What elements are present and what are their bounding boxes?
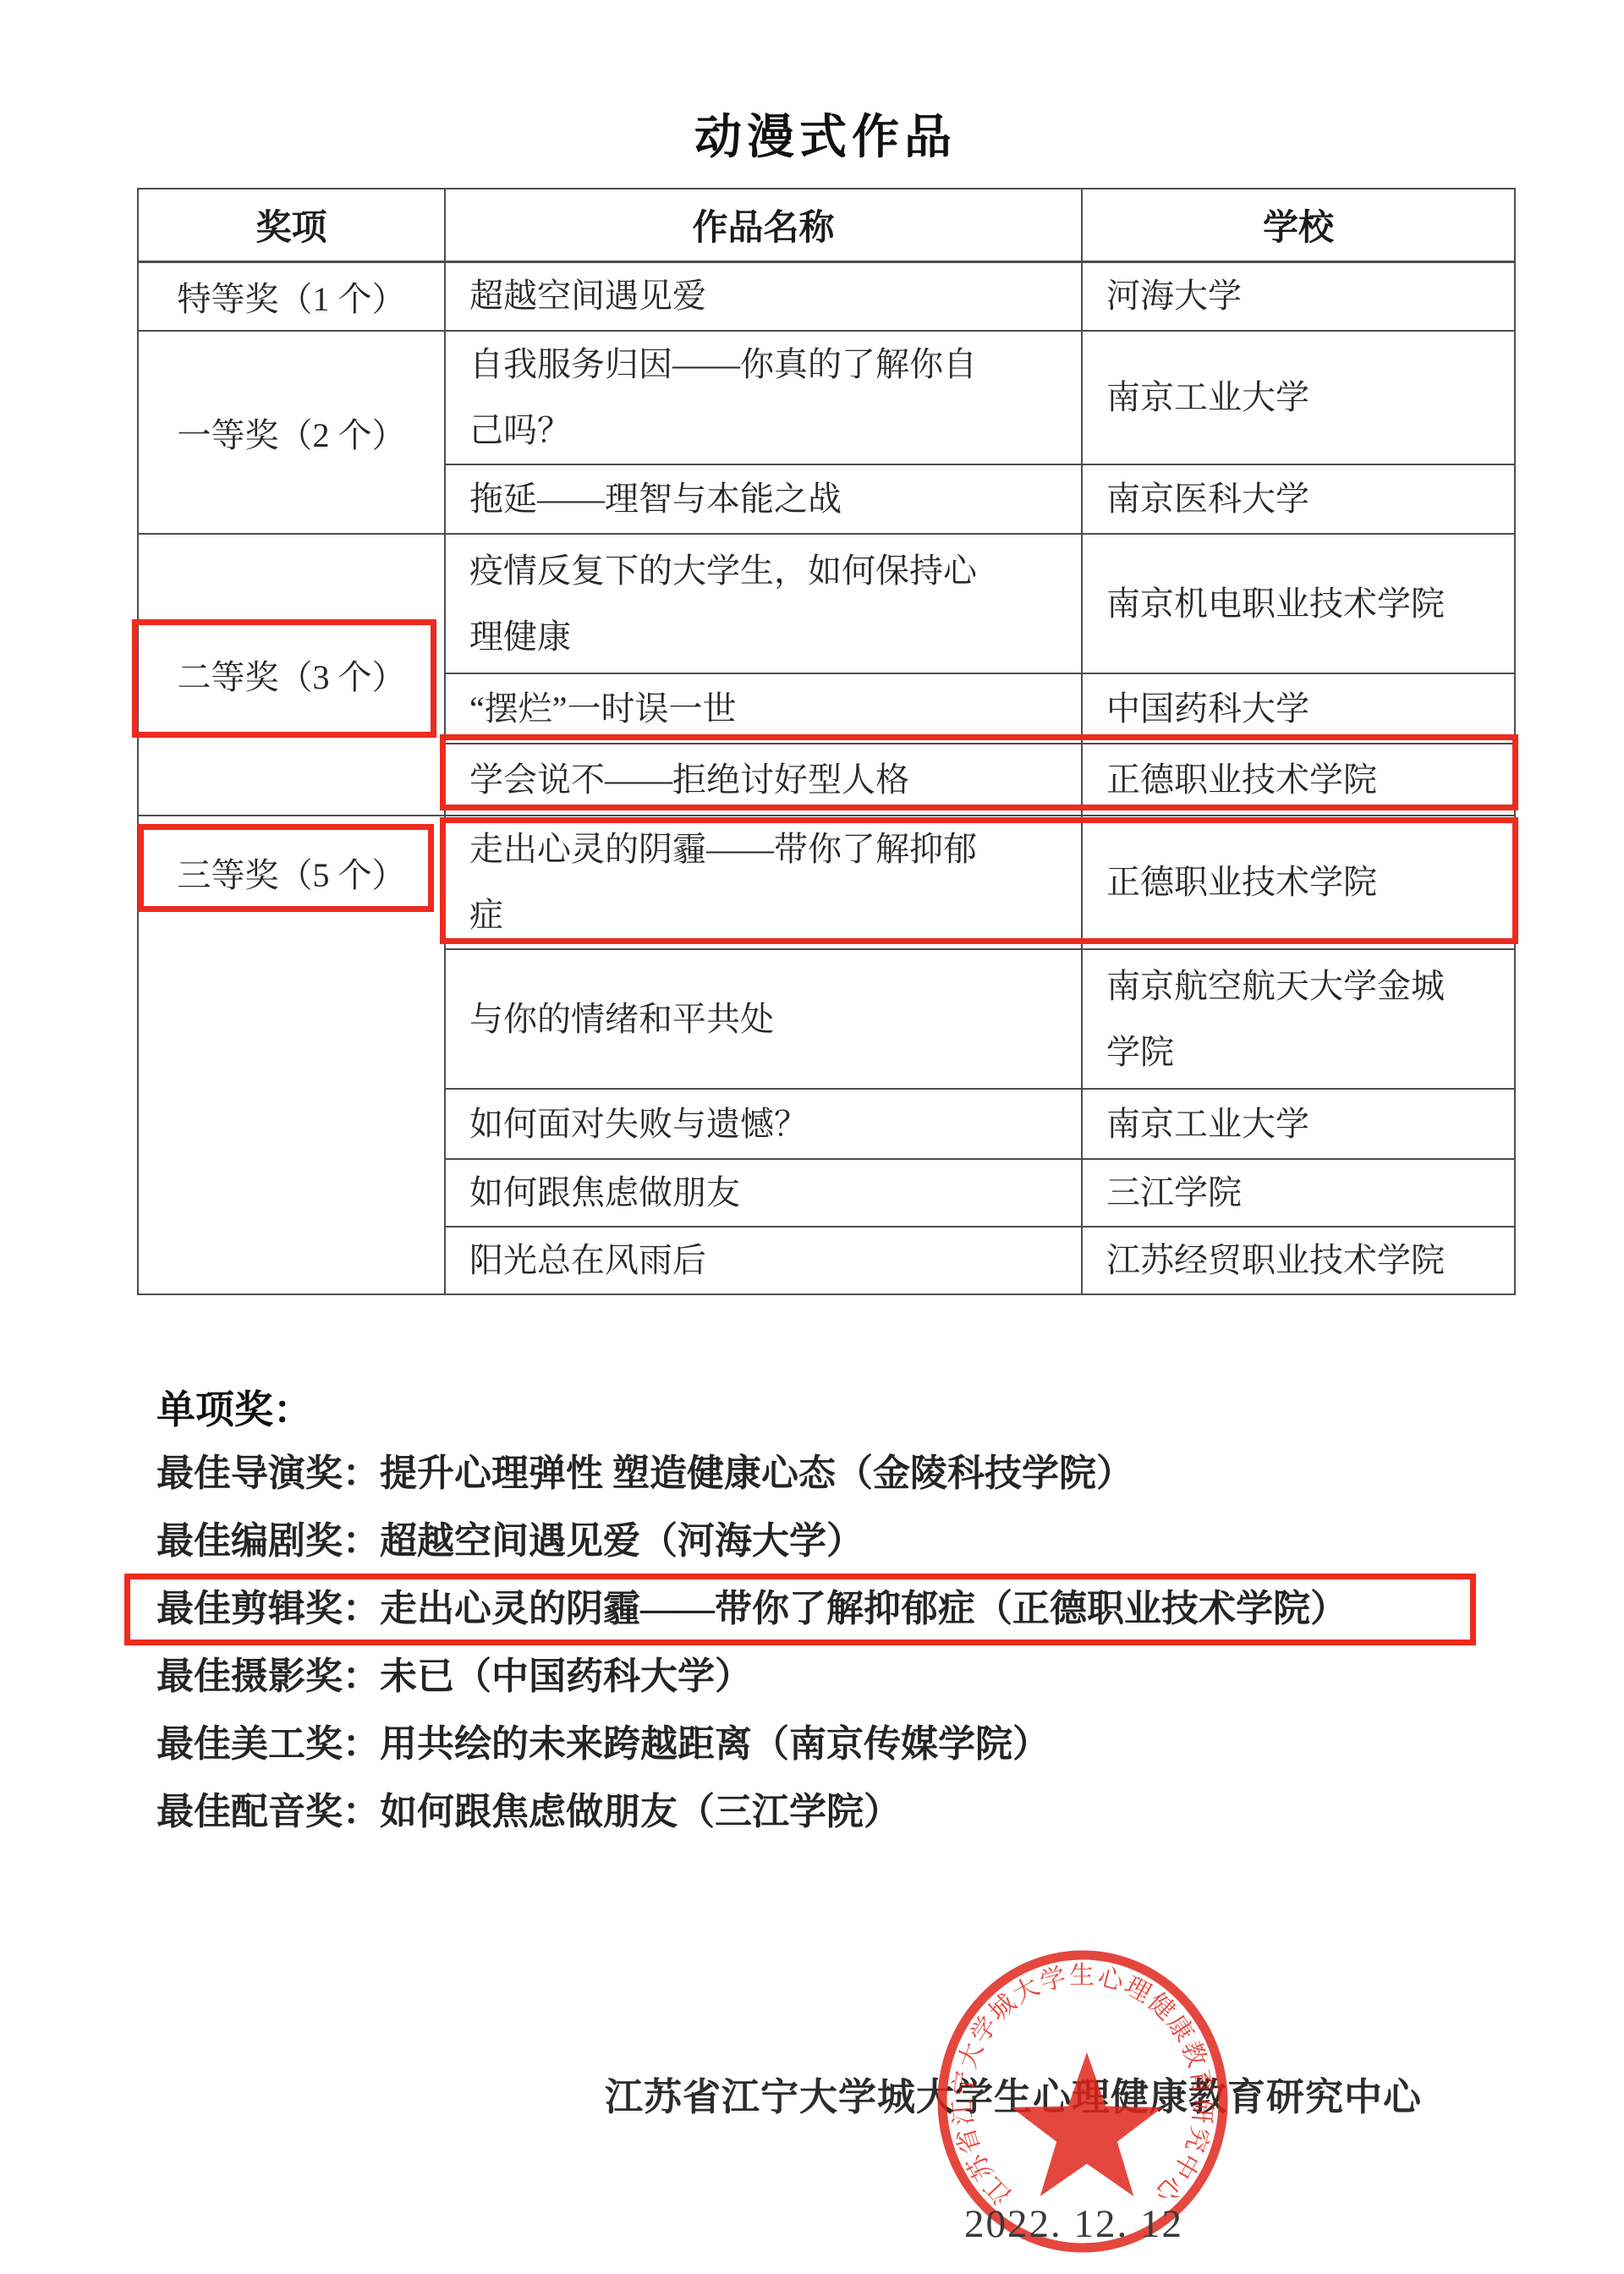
school-cell: 南京工业大学 (1082, 1089, 1515, 1159)
school-cell: 南京医科大学 (1082, 464, 1515, 534)
table-row: 三等奖（5 个） 走出心灵的阴霾——带你了解抑郁 症 正德职业技术学院 (138, 816, 1515, 949)
header-school: 学校 (1082, 189, 1515, 261)
special-award-line: 最佳美工奖：用共绘的未来跨越距离（南京传媒学院） (149, 1711, 1528, 1778)
school-cell: 正德职业技术学院 (1082, 744, 1515, 816)
special-award-text: 最佳导演奖：提升心理弹性 塑造健康心态（金陵科技学院） (156, 1453, 1133, 1494)
school-cell: 中国药科大学 (1082, 673, 1515, 744)
special-award-line: 最佳摄影奖：未已（中国药科大学） (149, 1643, 1528, 1711)
special-award-text: 最佳剪辑奖：走出心灵的阴霾——带你了解抑郁症（正德职业技术学院） (156, 1588, 1347, 1629)
school-cell: 南京工业大学 (1082, 331, 1515, 464)
work-cell: 疫情反复下的大学生，如何保持心 理健康 (445, 534, 1082, 673)
work-cell: 阳光总在风雨后 (445, 1227, 1082, 1294)
work-cell: “摆烂”一时误一世 (445, 673, 1082, 744)
stamp-star-icon (1012, 2052, 1163, 2196)
school-cell: 江苏经贸职业技术学院 (1082, 1227, 1515, 1294)
special-awards-section: 单项奖： 最佳导演奖：提升心理弹性 塑造健康心态（金陵科技学院） 最佳编剧奖：超… (149, 1362, 1528, 1870)
school-cell: 南京航空航天大学金城 学院 (1082, 949, 1515, 1089)
date-stamp: 2022. 12. 12 (964, 2201, 1183, 2247)
header-award: 奖项 (138, 189, 445, 261)
table-row: 特等奖（1 个） 超越空间遇见爱 河海大学 (138, 261, 1515, 331)
award-cell: 三等奖（5 个） (138, 816, 445, 1294)
school-cell: 正德职业技术学院 (1082, 816, 1515, 949)
work-cell: 与你的情绪和平共处 (445, 949, 1082, 1089)
special-award-text: 最佳配音奖：如何跟焦虑做朋友（三江学院） (156, 1791, 901, 1832)
page-title: 动漫式作品 (137, 100, 1514, 168)
special-award-text: 最佳美工奖：用共绘的未来跨越距离（南京传媒学院） (156, 1723, 1050, 1765)
document-page: 动漫式作品 奖项 作品名称 学校 特等奖（1 个） 超越空间遇见爱 河海大学 一… (0, 0, 1624, 2274)
table-row: 一等奖（2 个） 自我服务归因——你真的了解你自 己吗？ 南京工业大学 (138, 331, 1515, 464)
special-award-line: 最佳剪辑奖：走出心灵的阴霾——带你了解抑郁症（正德职业技术学院） (149, 1575, 1528, 1643)
award-cell: 一等奖（2 个） (138, 331, 445, 534)
table-header-row: 奖项 作品名称 学校 (138, 189, 1515, 261)
special-award-line: 最佳配音奖：如何跟焦虑做朋友（三江学院） (149, 1778, 1528, 1846)
work-cell: 走出心灵的阴霾——带你了解抑郁 症 (445, 816, 1082, 949)
school-cell: 河海大学 (1082, 261, 1515, 331)
special-award-text: 最佳摄影奖：未已（中国药科大学） (156, 1656, 752, 1697)
work-cell: 学会说不——拒绝讨好型人格 (445, 744, 1082, 816)
work-cell: 如何面对失败与遗憾？ (445, 1089, 1082, 1159)
work-cell: 自我服务归因——你真的了解你自 己吗？ (445, 331, 1082, 464)
school-cell: 南京机电职业技术学院 (1082, 534, 1515, 673)
header-work: 作品名称 (445, 189, 1082, 261)
special-award-line: 最佳编剧奖：超越空间遇见爱（河海大学） (149, 1508, 1528, 1575)
special-award-text: 最佳编剧奖：超越空间遇见爱（河海大学） (156, 1520, 864, 1562)
table-row: 二等奖（3 个） 疫情反复下的大学生，如何保持心 理健康 南京机电职业技术学院 (138, 534, 1515, 673)
award-cell: 特等奖（1 个） (138, 261, 445, 331)
section-heading: 单项奖： (156, 1379, 312, 1435)
awards-table: 奖项 作品名称 学校 特等奖（1 个） 超越空间遇见爱 河海大学 一等奖（2 个… (137, 188, 1514, 1295)
work-cell: 如何跟焦虑做朋友 (445, 1159, 1082, 1227)
work-cell: 拖延——理智与本能之战 (445, 464, 1082, 534)
award-cell: 二等奖（3 个） (138, 534, 445, 816)
school-cell: 三江学院 (1082, 1159, 1515, 1227)
work-cell: 超越空间遇见爱 (445, 261, 1082, 331)
special-award-line: 最佳导演奖：提升心理弹性 塑造健康心态（金陵科技学院） (149, 1440, 1528, 1508)
